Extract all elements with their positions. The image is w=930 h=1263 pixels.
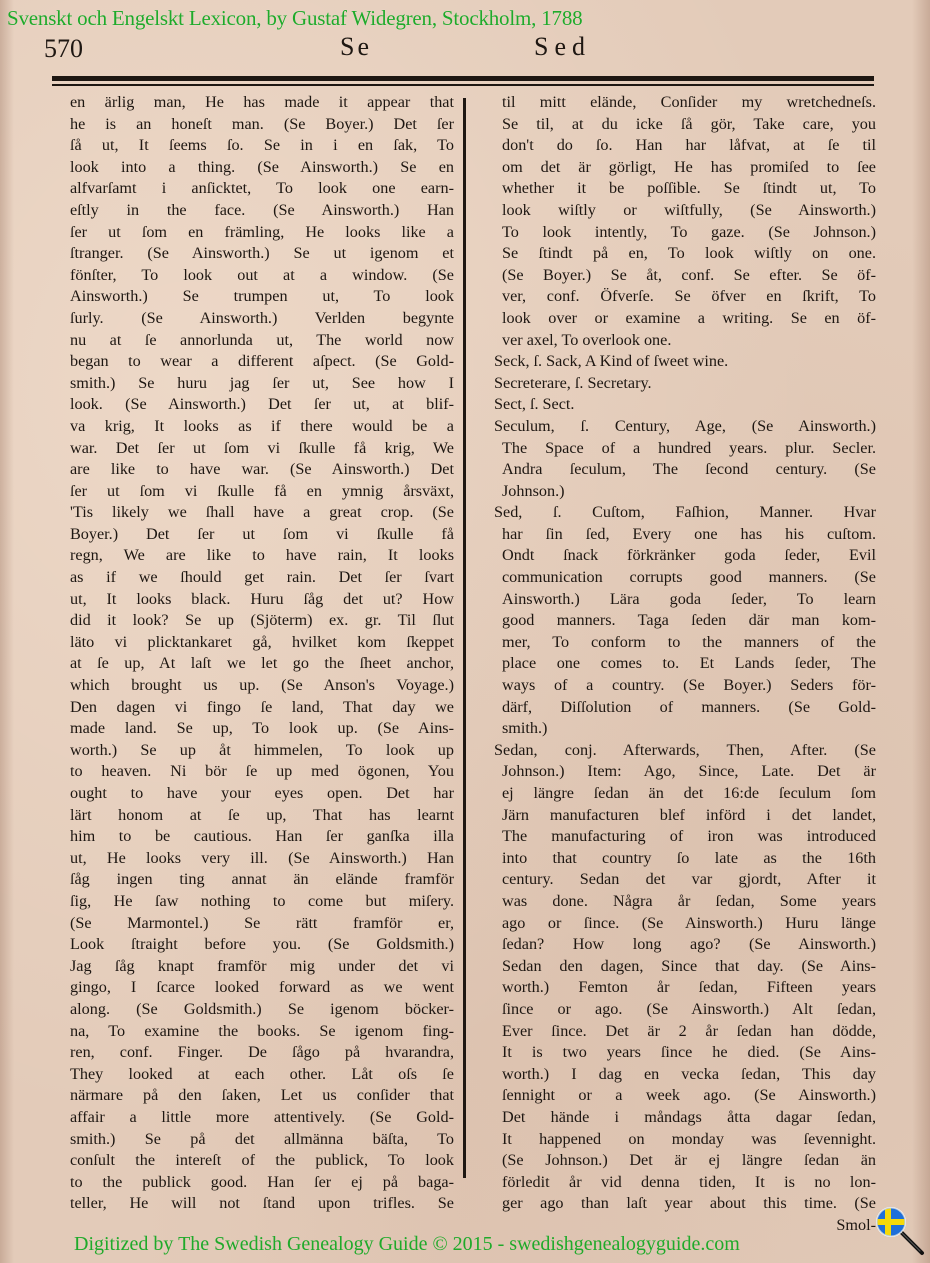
text-line: look over or examine a writing. Se en öf… [494, 308, 876, 330]
text-line: 'Tis likely we ſhall have a great crop. … [70, 502, 454, 524]
text-line: ſåg ingen ting annat än elände framför [70, 869, 454, 891]
text-line: into that country ſo late as the 16th [494, 848, 876, 870]
text-line: ut, He looks very ill. (Se Ainsworth.) H… [70, 848, 454, 870]
text-line: Sedan den dagen, Since that day. (Se Ain… [494, 956, 876, 978]
page-edge-shadow-left [0, 0, 14, 1263]
left-column: en ärlig man, He has made it appear that… [70, 92, 454, 1215]
text-line: regn, We are like to have rain, It looks [70, 545, 454, 567]
text-line: Johnson.) Item: Ago, Since, Late. Det är [494, 761, 876, 783]
page-edge-shadow-right [912, 0, 930, 1263]
text-line: ſer ut ſom vi ſkulle få en ymnig årsväxt… [70, 481, 454, 503]
text-line: affair a little more attentively. (Se Go… [70, 1107, 454, 1129]
footer-credit: Digitized by The Swedish Genealogy Guide… [74, 1233, 740, 1256]
column-divider [463, 98, 466, 1178]
text-line: ſå ut, It ſeems ſo. Se in i en ſak, To [70, 135, 454, 157]
text-line: därf, Diſſolution of manners. (Se Gold- [494, 697, 876, 719]
text-line: The manufacturing of iron was introduced [494, 826, 876, 848]
header-rule-thick [52, 76, 874, 81]
entry-headword-line: Seculum, ſ. Century, Age, (Se Ainsworth.… [494, 416, 876, 438]
text-line: (Se Johnson.) Det är ej längre ſedan än [494, 1150, 876, 1172]
text-line: smith.) Se på det allmänna bäſta, To [70, 1129, 454, 1151]
text-line: Boyer.) Det ſer ut ſom vi ſkulle få [70, 524, 454, 546]
text-line: en ärlig man, He has made it appear that [70, 92, 454, 114]
text-line: began to wear a different aſpect. (Se Go… [70, 351, 454, 373]
text-line: smith.) [494, 718, 876, 740]
text-line: ways of a country. (Se Boyer.) Seders fö… [494, 675, 876, 697]
text-line: alfvarſamt i anſicktet, To look one earn… [70, 178, 454, 200]
text-line: Johnson.) [494, 481, 876, 503]
text-line: The Space of a hundred years. plur. Secl… [494, 438, 876, 460]
text-line: made land. Se up, To look up. (Se Ains- [70, 718, 454, 740]
text-line: ago or ſince. (Se Ainsworth.) Huru länge [494, 913, 876, 935]
text-line: gingo, I ſcarce looked forward as we wen… [70, 977, 454, 999]
text-line: worth.) Femton år ſedan, Fifteen years [494, 977, 876, 999]
text-line: Den dagen vi fingo ſe land, That day we [70, 697, 454, 719]
text-line: at ſe up, At laſt we let go the ſheet an… [70, 653, 454, 675]
text-line: Andra ſeculum, The ſecond century. (Se [494, 459, 876, 481]
text-line: to heaven. Ni bör ſe up med ögonen, You [70, 761, 454, 783]
text-line: did it look? Se up (Sjöterm) ex. gr. Til… [70, 610, 454, 632]
text-line: look wiſtly or wiſtfully, (Se Ainsworth.… [494, 200, 876, 222]
text-line: Look ſtraight before you. (Se Goldsmith.… [70, 934, 454, 956]
text-line: war. Det ſer ut ſom vi ſkulle få krig, W… [70, 438, 454, 460]
text-line: It is two years ſince he died. (Se Ains- [494, 1042, 876, 1064]
text-line: ſer ut ſom en främling, He looks like a [70, 222, 454, 244]
text-line: närmare på den ſaken, Let us conſider th… [70, 1085, 454, 1107]
text-line: look. (Se Ainsworth.) Det ſer ut, at bli… [70, 394, 454, 416]
text-line: va krig, It looks as if there would be a [70, 416, 454, 438]
text-line: eſtly in the face. (Se Ainsworth.) Han [70, 200, 454, 222]
text-line: ver axel, To overlook one. [494, 330, 876, 352]
text-line: Se ſtindt på en, To look wiſtly on one. [494, 243, 876, 265]
text-line: teller, He will not ſtand upon trifles. … [70, 1193, 454, 1215]
text-line: as if we ſhould get rain. Det ſer ſvart [70, 567, 454, 589]
text-line: ger ago than laſt year about this time. … [494, 1193, 876, 1215]
right-column: til mitt elände, Conſider my wretchedneſ… [494, 92, 876, 1236]
text-line: along. (Se Goldsmith.) Se igenom böcker- [70, 999, 454, 1021]
entry-headword-line: Seck, ſ. Sack, A Kind of ſweet wine. [494, 351, 876, 373]
text-line: smith.) Se huru jag ſer ut, See how I [70, 373, 454, 395]
swedish-flag-magnifier-icon [874, 1205, 926, 1257]
text-line: mer, To conform to the manners of the [494, 632, 876, 654]
text-line: ſedan? How long ago? (Se Ainsworth.) [494, 934, 876, 956]
text-line: har ſin ſed, Every one has his cuſtom. [494, 524, 876, 546]
text-line: läto vi plicktankaret gå, hvilket kom ſk… [70, 632, 454, 654]
text-line: worth.) I dag en vecka ſedan, This day [494, 1064, 876, 1086]
text-line: Se til, at du icke ſå gör, Take care, yo… [494, 114, 876, 136]
text-line: lärt honom at ſe up, That has learnt [70, 805, 454, 827]
text-line: don't do ſo. Han har låfvat, at ſe til [494, 135, 876, 157]
text-line: ut, It looks black. Huru ſåg det ut? How [70, 589, 454, 611]
text-line: century. Sedan det var gjordt, After it [494, 869, 876, 891]
text-line: he is an honeſt man. (Se Boyer.) Det ſer [70, 114, 454, 136]
text-line: communication corrupts good manners. (Se [494, 567, 876, 589]
entry-headword-line: Sect, ſ. Sect. [494, 394, 876, 416]
text-line: ver, conf. Öfverſe. Se öfver en ſkrift, … [494, 286, 876, 308]
text-line: whether it be poſſible. Se ſtindt ut, To [494, 178, 876, 200]
text-line: ren, conf. Finger. De ſågo på hvarandra, [70, 1042, 454, 1064]
text-line: Det hände i måndags åtta dagar ſedan, [494, 1107, 876, 1129]
text-line: him to be cautious. Han ſer ganſka illa [70, 826, 454, 848]
text-line: Ainsworth.) Lära goda ſeder, To learn [494, 589, 876, 611]
text-line: Ondt ſnack förkränker goda ſeder, Evil [494, 545, 876, 567]
page-number: 570 [44, 34, 83, 64]
text-line: til mitt elände, Conſider my wretchedneſ… [494, 92, 876, 114]
text-line: fönſter, To look out at a window. (Se [70, 265, 454, 287]
text-line: Ever ſince. Det är 2 år ſedan han dödde, [494, 1021, 876, 1043]
text-line: ſtranger. (Se Ainsworth.) Se ut igenom e… [70, 243, 454, 265]
text-line: was done. Några år ſedan, Some years [494, 891, 876, 913]
text-line: Järn manufacturen blef införd i det land… [494, 805, 876, 827]
text-line: which brought us up. (Se Anson's Voyage.… [70, 675, 454, 697]
text-line: om det är görligt, He has promiſed to ſe… [494, 157, 876, 179]
text-line: ej längre ſedan än det 16:de ſeculum ſom [494, 783, 876, 805]
text-line: ſig, He ſaw nothing to come but miſery. [70, 891, 454, 913]
text-line: good manners. Taga ſeden där man kom- [494, 610, 876, 632]
text-line: are like to have war. (Se Ainsworth.) De… [70, 459, 454, 481]
text-line: ſince or ago. (Se Ainsworth.) Alt ſedan, [494, 999, 876, 1021]
text-line: worth.) Se up åt himmelen, To look up [70, 740, 454, 762]
text-line: ſurly. (Se Ainsworth.) Verlden begynte [70, 308, 454, 330]
text-line: to the publick good. Han ſer ej på baga- [70, 1172, 454, 1194]
entry-headword-line: Sed, ſ. Cuſtom, Faſhion, Manner. Hvar [494, 502, 876, 524]
running-head-right: Sed [534, 32, 591, 62]
running-head-left: Se [340, 32, 372, 62]
entry-headword-line: Secreterare, ſ. Secretary. [494, 373, 876, 395]
text-line: conſult the intereſt of the publick, To … [70, 1150, 454, 1172]
text-line: (Se Marmontel.) Se rätt framför er, [70, 913, 454, 935]
text-line: It happened on monday was ſevennight. [494, 1129, 876, 1151]
watermark-title: Svenskt och Engelskt Lexicon, by Gustaf … [7, 6, 582, 31]
entry-headword-line: Sedan, conj. Afterwards, Then, After. (S… [494, 740, 876, 762]
text-line: na, To examine the books. Se igenom fing… [70, 1021, 454, 1043]
text-line: ſennight or a week ago. (Se Ainsworth.) [494, 1085, 876, 1107]
text-line: place one comes to. Et Lands ſeder, The [494, 653, 876, 675]
text-line: To look intently, To gaze. (Se Johnson.) [494, 222, 876, 244]
header-rule-thin [52, 84, 874, 86]
text-line: nu at ſe annorlunda ut, The world now [70, 330, 454, 352]
text-line: förledit år vid denna tiden, It is no lo… [494, 1172, 876, 1194]
text-line: (Se Boyer.) Se åt, conf. Se efter. Se öf… [494, 265, 876, 287]
text-line: Jag ſåg knapt framför mig under det vi [70, 956, 454, 978]
text-line: Ainsworth.) Se trumpen ut, To look [70, 286, 454, 308]
text-line: They looked at each other. Låt oſs ſe [70, 1064, 454, 1086]
text-line: look into a thing. (Se Ainsworth.) Se en [70, 157, 454, 179]
text-line: ought to have your eyes open. Det har [70, 783, 454, 805]
